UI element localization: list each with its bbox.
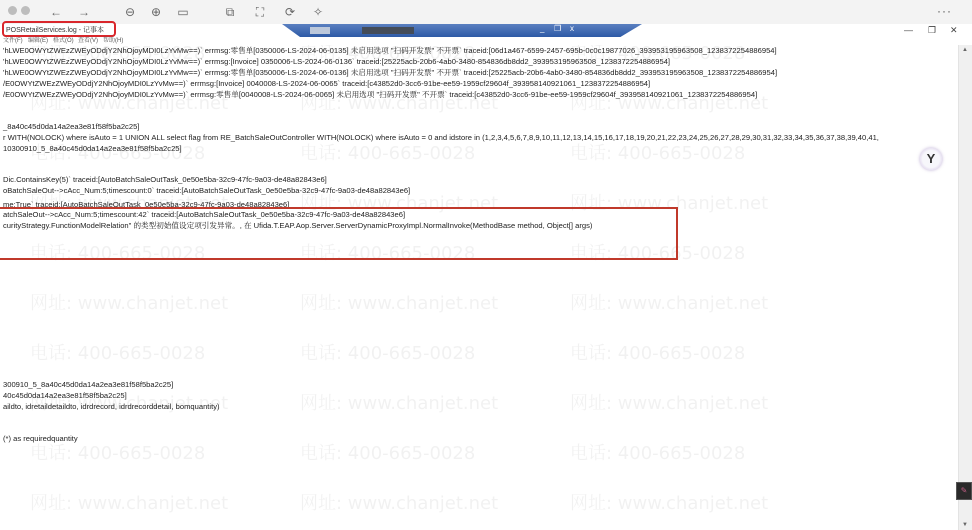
menu-view[interactable]: 查看(V)	[78, 35, 98, 44]
watermark-site: 网址: www.chanjet.net	[570, 389, 768, 415]
notepad-window: POSRetailServices.log - 记事本 _ ❐ x — ❐ ✕ …	[0, 24, 972, 530]
log-line: _8a40c45d0da14a2ea3e81f58f5ba2c25]	[3, 122, 139, 132]
minimize-button[interactable]: —	[904, 25, 913, 35]
log-line: curityStrategy.FunctionModelRelation" 的类…	[3, 221, 592, 231]
log-line: /E0OWYtZWEzZWEyODdjY2NhOjoyMDI0LzYvMw==)…	[3, 79, 650, 89]
blurred-region	[362, 27, 414, 34]
forward-icon[interactable]: →	[76, 4, 92, 20]
crop-icon[interactable]: ⛶	[252, 4, 268, 20]
vertical-scrollbar[interactable]: ▲ ▼	[958, 45, 972, 530]
back-icon[interactable]: ←	[48, 4, 64, 20]
scroll-up-icon[interactable]: ▲	[962, 47, 968, 53]
watermark-site: 网址: www.chanjet.net	[300, 289, 498, 315]
watermark-phone: 电话: 400-665-0028	[300, 239, 475, 265]
image-viewer-toolbar: ← → ⊖ ⊕ ▭ ⧉ ⛶ ⟳ ✧ ···	[0, 0, 972, 24]
menu-format[interactable]: 格式(O)	[53, 35, 74, 44]
log-line: 'hLWE0OWYtZWEzZWEyODdjY2NhOjoyMDI0LzYvMw…	[3, 68, 777, 78]
zoom-out-icon[interactable]: ⊖	[122, 4, 138, 20]
log-line: Dic.ContainsKey(5)` traceid:[AutoBatchSa…	[3, 175, 327, 185]
log-line: me:True` traceid:[AutoBatchSaleOutTask_0…	[3, 200, 289, 210]
watermark-site: 网址: www.chanjet.net	[570, 289, 768, 315]
menu-file[interactable]: 文件(F)	[3, 35, 23, 44]
band-restore-icon[interactable]: ❐	[554, 24, 561, 33]
log-line: /E0OWYtZWEzZWEyODdjY2NhOjoyMDI0LzYvMw==)…	[3, 90, 757, 100]
text-editor[interactable]: 电话: 400-665-0028 电话: 400-665-0028 电话: 40…	[0, 45, 957, 530]
watermark-site: 网址: www.chanjet.net	[300, 489, 498, 515]
rotate-icon[interactable]: ⟳	[282, 4, 298, 20]
watermark-phone: 电话: 400-665-0028	[300, 339, 475, 365]
scroll-down-icon[interactable]: ▼	[962, 522, 968, 528]
window-dot-min[interactable]	[21, 6, 30, 15]
log-line: 10300910_5_8a40c45d0da14a2ea3e81f58f5ba2…	[3, 144, 182, 154]
menu-bar: 文件(F) 编辑(E) 格式(O) 查看(V) 帮助(H)	[0, 35, 972, 44]
log-line: 'hLWE0OWYtZWEzZWEyODdjY2NhOjoyMDI0LzYvMw…	[3, 57, 670, 67]
watermark-site: 网址: www.chanjet.net	[30, 489, 228, 515]
watermark-site: 网址: www.chanjet.net	[570, 489, 768, 515]
log-line: 'hLWE0OWYtZWEzZWEyODdjY2NhOjoyMDI0LzYvMw…	[3, 46, 777, 56]
watermark-phone: 电话: 400-665-0028	[570, 339, 745, 365]
watermark-phone: 电话: 400-665-0028	[30, 339, 205, 365]
zoom-in-icon[interactable]: ⊕	[148, 4, 164, 20]
log-line: aildto, idretaildetaildto, idrdrecord, i…	[3, 402, 220, 412]
blurred-region	[310, 27, 330, 34]
log-line: 40c45d0da14a2ea3e81f58f5ba2c25]	[3, 391, 127, 401]
title-bar: POSRetailServices.log - 记事本 _ ❐ x — ❐ ✕	[0, 24, 972, 35]
watermark-phone: 电话: 400-665-0028	[30, 239, 205, 265]
menu-edit[interactable]: 编辑(E)	[28, 35, 48, 44]
copy-icon[interactable]: ⧉	[222, 4, 238, 20]
watermark-phone: 电话: 400-665-0028	[570, 439, 745, 465]
floating-widget-icon[interactable]: ✎	[956, 482, 972, 500]
fit-icon[interactable]: ▭	[175, 4, 191, 20]
log-line: r WITH(NOLOCK) where isAuto = 1 UNION AL…	[3, 133, 879, 143]
log-line: (*) as requiredquantity	[3, 434, 78, 444]
watermark-site: 网址: www.chanjet.net	[570, 189, 768, 215]
band-minimize-icon[interactable]: _	[540, 24, 544, 33]
magic-icon[interactable]: ✧	[310, 4, 326, 20]
watermark-site: 网址: www.chanjet.net	[300, 389, 498, 415]
watermark-phone: 电话: 400-665-0028	[570, 239, 745, 265]
band-close-icon[interactable]: x	[570, 24, 574, 33]
log-line: 300910_5_8a40c45d0da14a2ea3e81f58f5ba2c2…	[3, 380, 173, 390]
log-line: atchSaleOut-->cAcc_Num:5;timescount:42` …	[3, 210, 405, 220]
window-dot-close[interactable]	[8, 6, 17, 15]
menu-help[interactable]: 帮助(H)	[103, 35, 123, 44]
watermark-site: 网址: www.chanjet.net	[30, 289, 228, 315]
watermark-phone: 电话: 400-665-0028	[300, 439, 475, 465]
log-line: oBatchSaleOut-->cAcc_Num:5;timescount:0`…	[3, 186, 410, 196]
assistant-float-icon[interactable]: Y	[920, 148, 942, 170]
more-icon[interactable]: ···	[937, 4, 952, 18]
